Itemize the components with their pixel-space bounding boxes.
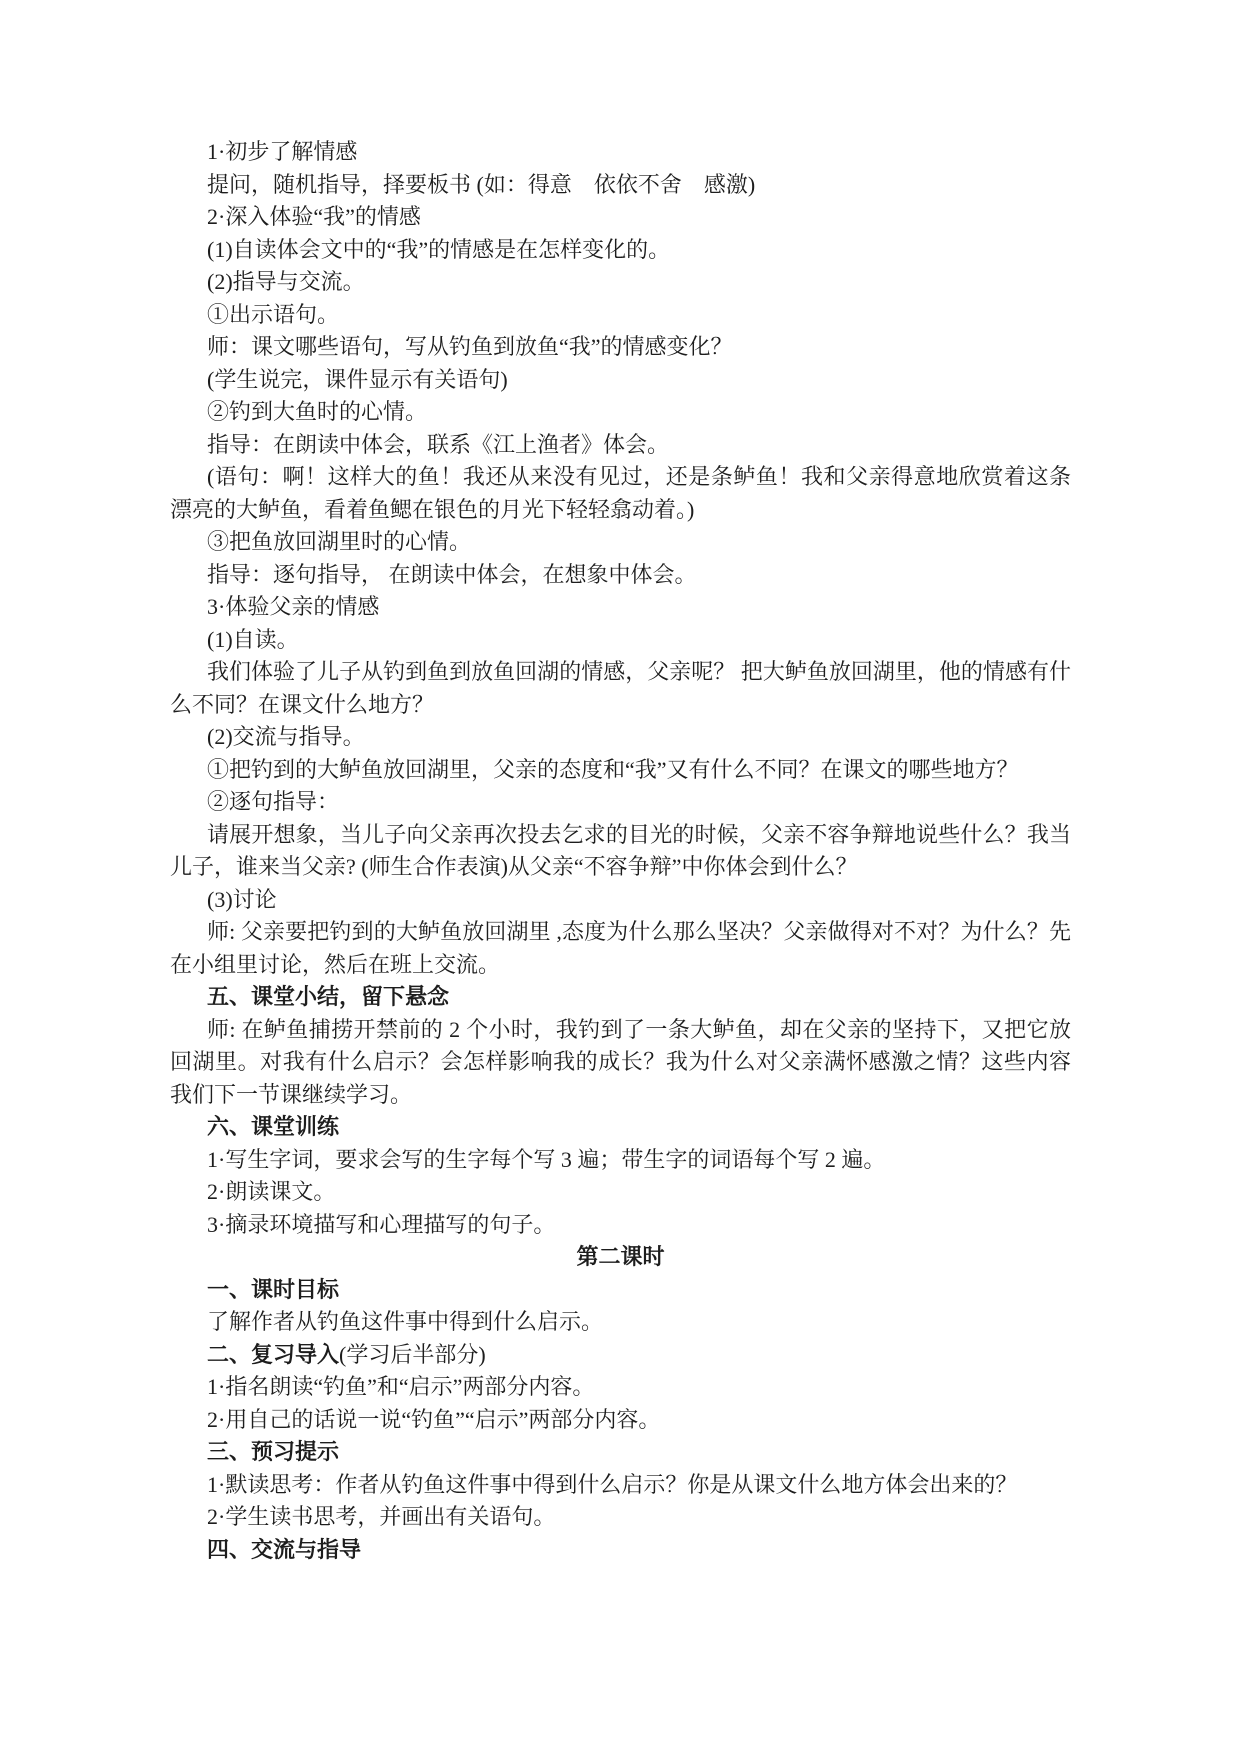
paragraph: 指导：在朗读中体会，联系《江上渔者》体会。 — [170, 429, 1071, 462]
lesson-period-heading: 第二课时 — [170, 1241, 1071, 1274]
paragraph: 3·摘录环境描写和心理描写的句子。 — [170, 1209, 1071, 1242]
paragraph: 师: 在鲈鱼捕捞开禁前的 2 个小时，我钓到了一条大鲈鱼，却在父亲的坚持下，又把… — [170, 1014, 1071, 1112]
paragraph: (1)自读。 — [170, 624, 1071, 657]
paragraph: 3·体验父亲的情感 — [170, 591, 1071, 624]
section-heading: 二、复习导入(学习后半部分) — [170, 1339, 1071, 1372]
document-page: 1·初步了解情感提问，随机指导，择要板书 (如：得意 依依不舍 感激)2·深入体… — [0, 0, 1241, 1754]
paragraph: 1·初步了解情感 — [170, 136, 1071, 169]
paragraph: ②逐句指导： — [170, 786, 1071, 819]
paragraph: 指导：逐句指导， 在朗读中体会，在想象中体会。 — [170, 559, 1071, 592]
paragraph: ①出示语句。 — [170, 299, 1071, 332]
section-heading: 三、预习提示 — [170, 1436, 1071, 1469]
paragraph: 了解作者从钓鱼这件事中得到什么启示。 — [170, 1306, 1071, 1339]
paragraph: (2)交流与指导。 — [170, 721, 1071, 754]
paragraph: 师: 父亲要把钓到的大鲈鱼放回湖里 ,态度为什么那么坚决？父亲做得对不对？为什么… — [170, 916, 1071, 981]
paragraph: (2)指导与交流。 — [170, 266, 1071, 299]
paragraph: (1)自读体会文中的“我”的情感是在怎样变化的。 — [170, 234, 1071, 267]
section-heading: 一、课时目标 — [170, 1274, 1071, 1307]
paragraph: 2·深入体验“我”的情感 — [170, 201, 1071, 234]
section-heading-label: 二、复习导入 — [207, 1342, 339, 1367]
paragraph: (学生说完，课件显示有关语句) — [170, 364, 1071, 397]
paragraph: 请展开想象，当儿子向父亲再次投去乞求的目光的时候，父亲不容争辩地说些什么？我当儿… — [170, 819, 1071, 884]
paragraph: (语句：啊！这样大的鱼！我还从来没有见过，还是条鲈鱼！我和父亲得意地欣赏着这条漂… — [170, 461, 1071, 526]
section-heading-note: (学习后半部分) — [339, 1342, 486, 1367]
paragraph: (3)讨论 — [170, 884, 1071, 917]
paragraph: 师：课文哪些语句，写从钓鱼到放鱼“我”的情感变化？ — [170, 331, 1071, 364]
paragraph: 我们体验了儿子从钓到鱼到放鱼回湖的情感，父亲呢？ 把大鲈鱼放回湖里，他的情感有什… — [170, 656, 1071, 721]
paragraph: 1·指名朗读“钓鱼”和“启示”两部分内容。 — [170, 1371, 1071, 1404]
paragraph: 2·用自己的话说一说“钓鱼”“启示”两部分内容。 — [170, 1404, 1071, 1437]
paragraph: 1·写生字词，要求会写的生字每个写 3 遍；带生字的词语每个写 2 遍。 — [170, 1144, 1071, 1177]
paragraph: 2·朗读课文。 — [170, 1176, 1071, 1209]
paragraph: ①把钓到的大鲈鱼放回湖里，父亲的态度和“我”又有什么不同？在课文的哪些地方？ — [170, 754, 1071, 787]
document-content: 1·初步了解情感提问，随机指导，择要板书 (如：得意 依依不舍 感激)2·深入体… — [170, 136, 1071, 1566]
section-heading: 六、课堂训练 — [170, 1111, 1071, 1144]
paragraph: 提问，随机指导，择要板书 (如：得意 依依不舍 感激) — [170, 169, 1071, 202]
paragraph: 2·学生读书思考，并画出有关语句。 — [170, 1501, 1071, 1534]
paragraph: ②钓到大鱼时的心情。 — [170, 396, 1071, 429]
paragraph: ③把鱼放回湖里时的心情。 — [170, 526, 1071, 559]
paragraph: 1·默读思考：作者从钓鱼这件事中得到什么启示？你是从课文什么地方体会出来的？ — [170, 1469, 1071, 1502]
section-heading: 五、课堂小结，留下悬念 — [170, 981, 1071, 1014]
section-heading: 四、交流与指导 — [170, 1534, 1071, 1567]
